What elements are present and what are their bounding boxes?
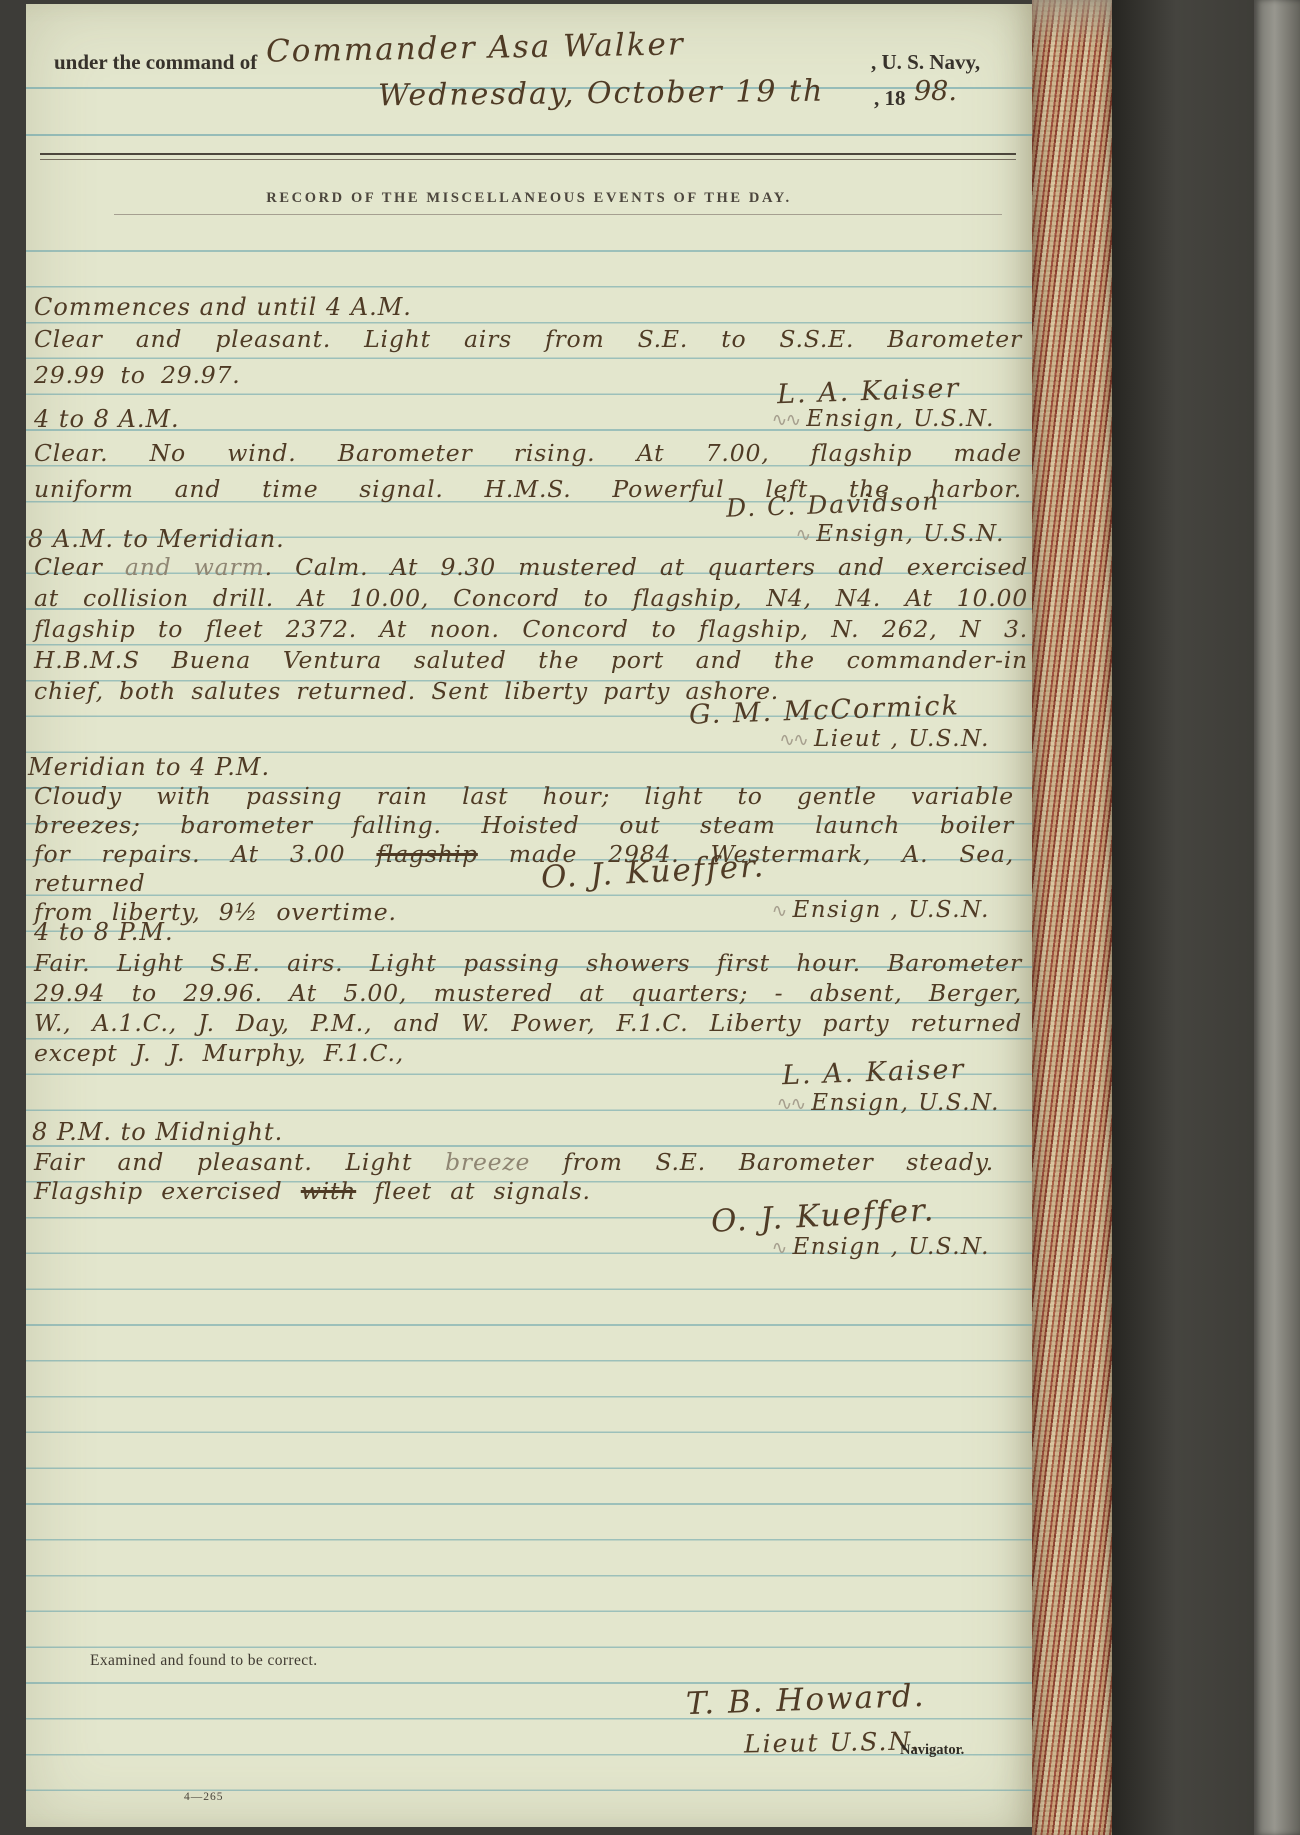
navigator-signature-rank: Lieut U.S.N. xyxy=(744,1726,921,1758)
entry-segment-faded: breeze xyxy=(445,1148,530,1176)
entry-segment: . Calm. At 9.30 mustered at quarters and… xyxy=(265,553,1028,581)
signature-rank: ∿∿Ensign, U.S.N. xyxy=(771,406,995,432)
year-handwritten: 98. xyxy=(914,76,957,107)
entry-line: for repairs. At 3.00 flagship made 2984.… xyxy=(34,840,1014,898)
navy-suffix-label: , U. S. Navy, xyxy=(871,50,980,75)
signature-rank-text: Ensign, U.S.N. xyxy=(811,1090,1000,1116)
signature-rank-text: Ensign , U.S.N. xyxy=(792,1234,990,1260)
entry-segment-struck: with xyxy=(301,1177,356,1205)
navigator-printed-label: Navigator. xyxy=(900,1742,964,1759)
signature-rank-text: Ensign , U.S.N. xyxy=(792,897,990,923)
signature-rank-text: Ensign, U.S.N. xyxy=(806,406,995,432)
entry-line: Clear and pleasant. Light airs from S.E.… xyxy=(34,322,1022,358)
entry-heading-4to8pm: 4 to 8 P.M. xyxy=(34,918,174,946)
entry-segment: for repairs. At 3.00 xyxy=(34,840,376,868)
entry-heading-commences: Commences and until 4 A.M. xyxy=(34,293,412,321)
entry-segment: Fair and pleasant. Light xyxy=(34,1148,445,1176)
background-gutter xyxy=(1112,0,1254,1835)
entry-heading-meridian-4pm: Meridian to 4 P.M. xyxy=(28,753,270,781)
header-rule-2 xyxy=(26,134,1032,136)
examined-correct-label: Examined and found to be correct. xyxy=(90,1652,318,1670)
entry-segment-faded: and warm xyxy=(125,553,265,581)
record-title: RECORD OF THE MISCELLANEOUS EVENTS OF TH… xyxy=(26,190,1032,207)
entry-line: W., A.1.C., J. Day, P.M., and W. Power, … xyxy=(34,1008,1022,1038)
entry-line: Fair and pleasant. Light breeze from S.E… xyxy=(34,1148,994,1177)
entry-line: breezes; barometer falling. Hoisted out … xyxy=(34,811,1014,840)
entry-body-4to8pm: Fair. Light S.E. airs. Light passing sho… xyxy=(34,948,1022,1068)
book-fore-edge xyxy=(1032,0,1112,1835)
entry-segment: fleet at signals. xyxy=(356,1177,591,1205)
header-thin-rule xyxy=(114,214,1002,215)
entry-line: Clear. No wind. Barometer rising. At 7.0… xyxy=(34,436,1022,472)
signature-rank: ∿∿Lieut , U.S.N. xyxy=(779,726,990,752)
commander-name-handwritten: Commander Asa Walker xyxy=(266,26,685,69)
signature-rank-text: Ensign, U.S.N. xyxy=(816,521,1005,547)
entry-line: H.B.M.S Buena Ventura saluted the port a… xyxy=(34,645,1028,676)
pencil-initials-mark: ∿ xyxy=(795,524,809,546)
signature-rank: ∿Ensign , U.S.N. xyxy=(772,897,990,923)
signature-rank: ∿Ensign , U.S.N. xyxy=(772,1234,990,1260)
entry-line: Clear and warm. Calm. At 9.30 mustered a… xyxy=(34,552,1028,583)
entry-line: Cloudy with passing rain last hour; ligh… xyxy=(34,782,1014,811)
signature-rank: ∿Ensign, U.S.N. xyxy=(795,521,1005,547)
fore-edge-highlight xyxy=(1032,0,1112,46)
entry-heading-8pm-midnight: 8 P.M. to Midnight. xyxy=(32,1118,283,1146)
signature-name: L. A. Kaiser xyxy=(776,373,960,410)
entry-segment: Clear xyxy=(34,553,125,581)
pencil-initials-mark: ∿ xyxy=(772,1237,786,1259)
pencil-initials-mark: ∿∿ xyxy=(776,1093,804,1115)
year-prefix-label: , 18 xyxy=(874,86,906,111)
form-number: 4—265 xyxy=(184,1791,224,1803)
entry-segment: Flagship exercised xyxy=(34,1177,301,1205)
entry-line: Fair. Light S.E. airs. Light passing sho… xyxy=(34,948,1022,978)
entry-body-8am-meridian: Clear and warm. Calm. At 9.30 mustered a… xyxy=(34,552,1028,707)
adjacent-page-edge xyxy=(1254,0,1300,1835)
entry-line: 29.94 to 29.96. At 5.00, mustered at qua… xyxy=(34,978,1022,1008)
header-double-rule xyxy=(40,153,1016,160)
logbook-scan: under the command of Commander Asa Walke… xyxy=(0,0,1300,1835)
entry-segment: from S.E. Barometer steady. xyxy=(530,1148,994,1176)
entry-line: at collision drill. At 10.00, Concord to… xyxy=(34,583,1028,614)
signature-rank-text: Lieut , U.S.N. xyxy=(814,726,990,752)
entry-heading-4to8am: 4 to 8 A.M. xyxy=(34,405,180,433)
logbook-page: under the command of Commander Asa Walke… xyxy=(26,4,1032,1827)
date-handwritten: Wednesday, October 19 th xyxy=(378,74,825,114)
command-prefix-label: under the command of xyxy=(54,50,257,75)
signature-name: L. A. Kaiser xyxy=(781,1054,965,1091)
pencil-initials-mark: ∿∿ xyxy=(779,729,807,751)
entry-segment-struck: flagship xyxy=(376,840,477,868)
pencil-initials-mark: ∿ xyxy=(772,900,786,922)
entry-heading-8am-meridian: 8 A.M. to Meridian. xyxy=(28,525,285,553)
signature-rank: ∿∿Ensign, U.S.N. xyxy=(776,1090,1000,1116)
entry-line: flagship to fleet 2372. At noon. Concord… xyxy=(34,614,1028,645)
pencil-initials-mark: ∿∿ xyxy=(771,409,799,431)
